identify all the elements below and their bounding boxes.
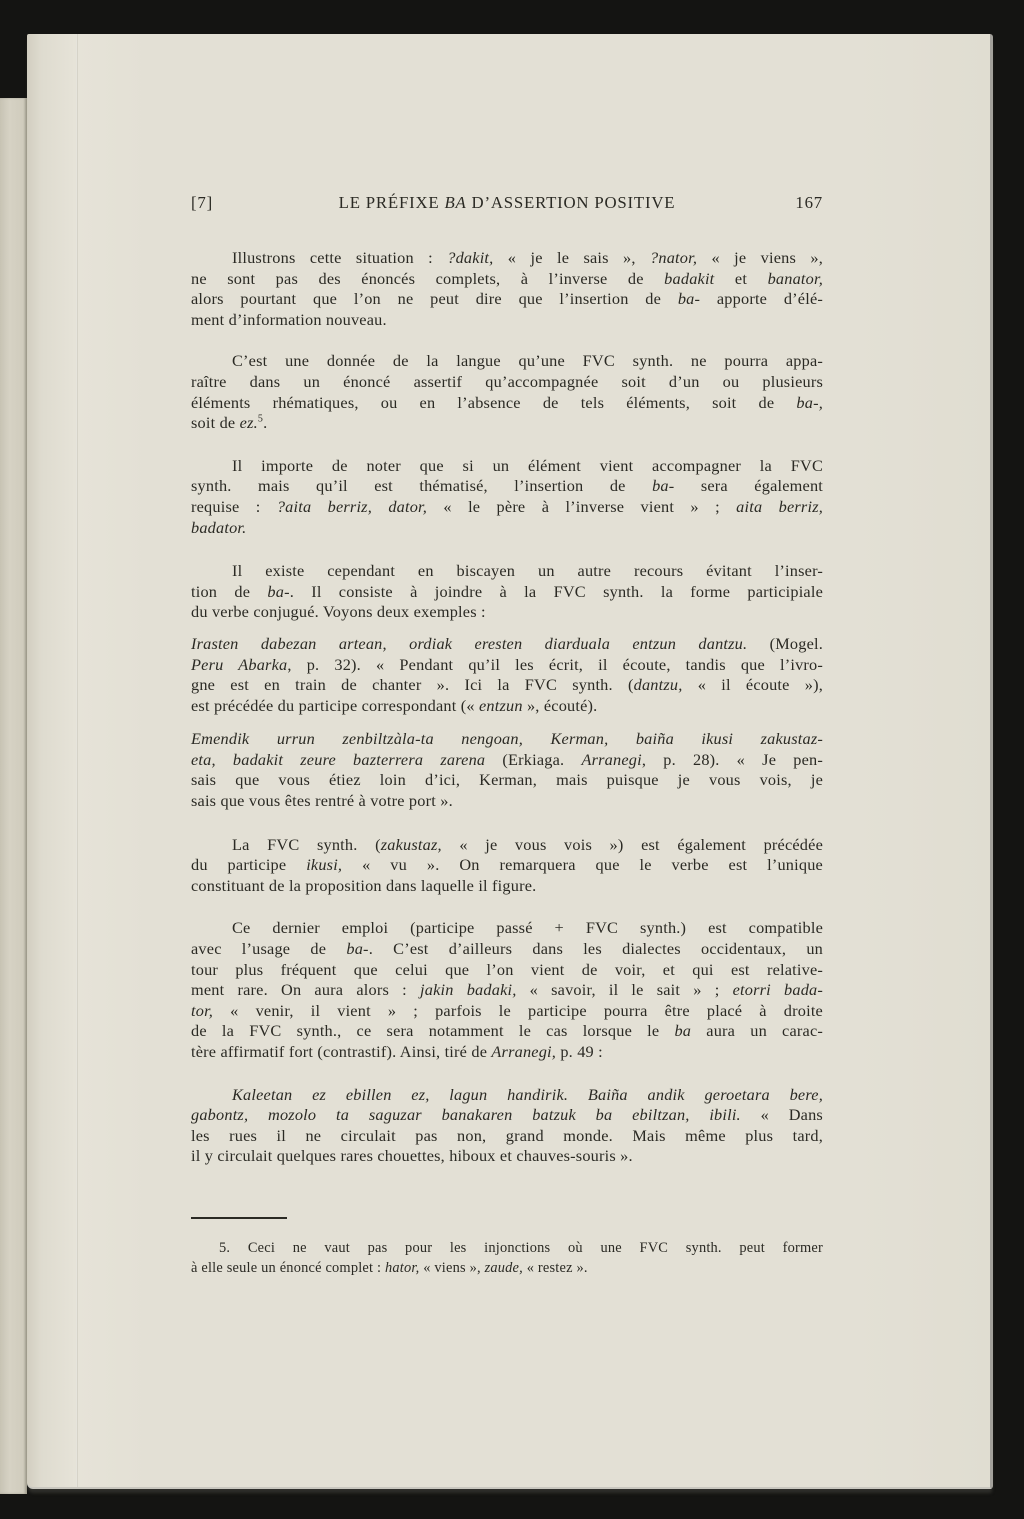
text-line: est précédée du participe correspondant … <box>191 696 823 717</box>
text-segment: « viens », <box>419 1260 484 1276</box>
paragraph: Ce dernier emploi (participe passé + FVC… <box>191 918 823 1062</box>
text-segment: dantzu, <box>634 675 683 694</box>
paragraph: Illustrons cette situation : ?dakit, « j… <box>191 248 823 330</box>
text-segment: Arranegi <box>581 750 641 769</box>
scan-background: { "colors": { "surround_black": "#141412… <box>0 0 1024 1519</box>
text-line: eta, badakit zeure bazterrera zarena (Er… <box>191 750 823 771</box>
text-segment: et <box>714 269 767 288</box>
text-segment: Peru Abarka <box>191 655 287 674</box>
text-segment: est précédée du participe correspondant … <box>191 696 479 715</box>
text-segment: aura un carac- <box>691 1021 823 1040</box>
text-line: il y circulait quelques rares chouettes,… <box>191 1146 823 1167</box>
book-page-edges <box>0 98 27 1494</box>
text-segment: sais que vous êtes rentré à votre port »… <box>191 791 453 810</box>
text-line: gabontz, mozolo ta saguzar banakaren bat… <box>191 1105 823 1126</box>
text-line: requise : ?aita berriz, dator, « le père… <box>191 497 823 518</box>
text-line: tère affirmatif fort (contrastif). Ainsi… <box>191 1042 823 1063</box>
text-line: Il existe cependant en biscayen un autre… <box>191 561 823 582</box>
section-marker: [7] <box>191 193 213 214</box>
text-segment: de la FVC synth., ce sera notamment le c… <box>191 1021 674 1040</box>
paragraph: Irasten dabezan artean, ordiak eresten d… <box>191 634 823 716</box>
page-crease <box>76 34 78 1487</box>
page-number: 167 <box>795 193 823 214</box>
paragraph: Emendik urrun zenbiltzàla-ta nengoan, Ke… <box>191 729 823 811</box>
text-line: Emendik urrun zenbiltzàla-ta nengoan, Ke… <box>191 729 823 750</box>
text-segment: sais que vous étiez loin d’ici, Kerman, … <box>191 770 823 789</box>
text-segment: La FVC synth. ( <box>232 835 381 854</box>
text-segment: , p. 32). « Pendant qu’il les écrit, il … <box>287 655 823 674</box>
text-segment: éléments rhématiques, ou en l’absence de… <box>191 393 796 412</box>
text-segment: Il importe de noter que si un élément vi… <box>232 456 823 475</box>
text-line: raître dans un énoncé assertif qu’accomp… <box>191 372 823 393</box>
text-line: ment d’information nouveau. <box>191 310 823 331</box>
text-segment: BA <box>444 193 466 212</box>
text-segment: « venir, il vient » ; parfois le partici… <box>213 1001 823 1020</box>
text-segment: sera également <box>674 476 823 495</box>
text-segment: 5. Ceci ne vaut pas pour les injonctions… <box>219 1240 823 1256</box>
running-title: LE PRÉFIXE BA D’ASSERTION POSITIVE <box>191 193 823 214</box>
text-segment: « je vous vois ») est également précédée <box>442 835 823 854</box>
text-segment: tour plus fréquent que celui que l’on vi… <box>191 960 823 979</box>
text-segment: ment d’information nouveau. <box>191 310 387 329</box>
text-segment: les rues il ne circulait pas non, grand … <box>191 1126 823 1145</box>
text-segment: ?aita berriz, dator, <box>277 497 427 516</box>
text-segment: zakustaz, <box>381 835 442 854</box>
text-segment: tère affirmatif fort (contrastif). Ainsi… <box>191 1042 491 1061</box>
text-segment: tor, <box>191 1001 213 1020</box>
text-line: sais que vous êtes rentré à votre port »… <box>191 791 823 812</box>
text-segment: requise : <box>191 497 277 516</box>
paragraph: C’est une donnée de la langue qu’une FVC… <box>191 351 823 433</box>
text-segment: », écouté). <box>523 696 598 715</box>
text-line: badator. <box>191 518 823 539</box>
text-segment: hator, <box>385 1260 419 1276</box>
text-segment: avec l’usage de <box>191 939 346 958</box>
text-segment: zaude, <box>485 1260 523 1276</box>
text-segment: . C’est d’ailleurs dans les dialectes oc… <box>369 939 823 958</box>
text-line: éléments rhématiques, ou en l’absence de… <box>191 393 823 414</box>
text-segment: synth. mais qu’il est thématisé, l’inser… <box>191 476 652 495</box>
text-line: Peru Abarka, p. 32). « Pendant qu’il les… <box>191 655 823 676</box>
text-segment: ba-, <box>796 393 823 412</box>
text-segment: apporte d’élé- <box>700 289 823 308</box>
text-segment: , p. 28). « Je pen- <box>642 750 823 769</box>
text-line: constituant de la proposition dans laque… <box>191 876 823 897</box>
text-segment: Irasten dabezan artean, ordiak eresten d… <box>191 634 747 653</box>
text-segment: . <box>263 413 267 432</box>
text-line: Illustrons cette situation : ?dakit, « j… <box>191 248 823 269</box>
text-line: Il importe de noter que si un élément vi… <box>191 456 823 477</box>
text-segment: « Dans <box>741 1105 823 1124</box>
book-page: [7] LE PRÉFIXE BA D’ASSERTION POSITIVE 1… <box>27 34 993 1489</box>
text-segment: ment rare. On aura alors : <box>191 980 420 999</box>
text-line: à elle seule un énoncé complet : hator, … <box>191 1258 823 1278</box>
text-segment: Illustrons cette situation : <box>232 248 447 267</box>
text-line: de la FVC synth., ce sera notamment le c… <box>191 1021 823 1042</box>
text-segment: raître dans un énoncé assertif qu’accomp… <box>191 372 823 391</box>
text-segment: ba- <box>678 289 700 308</box>
text-segment: ikusi, <box>306 855 342 874</box>
text-line: soit de ez.5. <box>191 413 823 434</box>
text-segment: « restez ». <box>523 1260 588 1276</box>
text-segment: « savoir, il le sait » ; <box>517 980 733 999</box>
page-header: [7] LE PRÉFIXE BA D’ASSERTION POSITIVE 1… <box>191 193 823 214</box>
text-segment: du verbe conjugué. Voyons deux exemples … <box>191 602 486 621</box>
text-segment: gne est en train de chanter ». Ici la FV… <box>191 675 634 694</box>
text-segment: constituant de la proposition dans laque… <box>191 876 536 895</box>
paragraph: La FVC synth. (zakustaz, « je vous vois … <box>191 835 823 897</box>
text-line: alors pourtant que l’on ne peut dire que… <box>191 289 823 310</box>
text-segment: « vu ». On remarquera que le verbe est l… <box>342 855 823 874</box>
text-line: C’est une donnée de la langue qu’une FVC… <box>191 351 823 372</box>
text-segment: soit de <box>191 413 240 432</box>
text-segment: alors pourtant que l’on ne peut dire que… <box>191 289 678 308</box>
text-line: synth. mais qu’il est thématisé, l’inser… <box>191 476 823 497</box>
text-line: du verbe conjugué. Voyons deux exemples … <box>191 602 823 623</box>
text-segment: aita berriz, <box>736 497 823 516</box>
text-segment: badakit <box>664 269 714 288</box>
text-segment: C’est une donnée de la langue qu’une FVC… <box>232 351 823 370</box>
text-line: ment rare. On aura alors : jakin badaki,… <box>191 980 823 1001</box>
text-line: du participe ikusi, « vu ». On remarquer… <box>191 855 823 876</box>
text-segment: (Erkiaga. <box>485 750 581 769</box>
footnote-divider <box>191 1217 287 1219</box>
text-segment: . Il consiste à joindre à la FVC synth. … <box>290 582 823 601</box>
text-segment: badator. <box>191 518 246 537</box>
text-line: les rues il ne circulait pas non, grand … <box>191 1126 823 1147</box>
paragraph: Il importe de noter que si un élément vi… <box>191 456 823 538</box>
text-segment: « il écoute »), <box>683 675 824 694</box>
text-line: gne est en train de chanter ». Ici la FV… <box>191 675 823 696</box>
text-line: Irasten dabezan artean, ordiak eresten d… <box>191 634 823 655</box>
paragraph: Il existe cependant en biscayen un autre… <box>191 561 823 623</box>
text-segment: D’ASSERTION POSITIVE <box>467 193 676 212</box>
text-column: [7] LE PRÉFIXE BA D’ASSERTION POSITIVE 1… <box>191 193 823 1279</box>
text-line: avec l’usage de ba-. C’est d’ailleurs da… <box>191 939 823 960</box>
text-segment: ba- <box>267 582 289 601</box>
text-line: Kaleetan ez ebillen ez, lagun handirik. … <box>191 1085 823 1106</box>
text-segment: « je le sais », <box>493 248 650 267</box>
text-segment: Kaleetan ez ebillen ez, lagun handirik. … <box>232 1085 823 1104</box>
text-segment: Emendik urrun zenbiltzàla-ta nengoan, Ke… <box>191 729 823 748</box>
text-line: tion de ba-. Il consiste à joindre à la … <box>191 582 823 603</box>
text-line: sais que vous étiez loin d’ici, Kerman, … <box>191 770 823 791</box>
text-segment: gabontz, mozolo ta saguzar banakaren bat… <box>191 1105 741 1124</box>
text-segment: tion de <box>191 582 267 601</box>
text-segment: jakin badaki, <box>420 980 516 999</box>
text-segment: p. 49 : <box>556 1042 603 1061</box>
text-segment: LE PRÉFIXE <box>339 193 445 212</box>
text-segment: Arranegi, <box>491 1042 556 1061</box>
footnote: 5. Ceci ne vaut pas pour les injonctions… <box>191 1238 823 1279</box>
text-segment: ?nator, <box>650 248 697 267</box>
body-text: Illustrons cette situation : ?dakit, « j… <box>191 248 823 1167</box>
text-segment: Il existe cependant en biscayen un autre… <box>232 561 823 580</box>
text-line: tour plus fréquent que celui que l’on vi… <box>191 960 823 981</box>
text-segment: (Mogel. <box>747 634 823 653</box>
text-line: tor, « venir, il vient » ; parfois le pa… <box>191 1001 823 1022</box>
text-segment: ba <box>674 1021 691 1040</box>
text-segment: ne sont pas des énoncés complets, à l’in… <box>191 269 664 288</box>
text-segment: eta, badakit zeure bazterrera zarena <box>191 750 485 769</box>
text-segment: il y circulait quelques rares chouettes,… <box>191 1146 633 1165</box>
text-segment: etorri bada- <box>733 980 823 999</box>
text-segment: Ce dernier emploi (participe passé + FVC… <box>232 918 823 937</box>
text-line: ne sont pas des énoncés complets, à l’in… <box>191 269 823 290</box>
text-line: La FVC synth. (zakustaz, « je vous vois … <box>191 835 823 856</box>
text-segment: « le père à l’inverse vient » ; <box>427 497 736 516</box>
text-segment: ?dakit, <box>447 248 493 267</box>
text-segment: ba- <box>346 939 368 958</box>
text-segment: du participe <box>191 855 306 874</box>
paragraph: Kaleetan ez ebillen ez, lagun handirik. … <box>191 1085 823 1167</box>
text-segment: banator, <box>768 269 823 288</box>
text-line: Ce dernier emploi (participe passé + FVC… <box>191 918 823 939</box>
text-segment: entzun <box>479 696 523 715</box>
text-line: 5. Ceci ne vaut pas pour les injonctions… <box>191 1238 823 1258</box>
text-segment: « je viens », <box>697 248 823 267</box>
text-segment: ba- <box>652 476 674 495</box>
text-segment: à elle seule un énoncé complet : <box>191 1260 385 1276</box>
text-segment: ez. <box>240 413 258 432</box>
